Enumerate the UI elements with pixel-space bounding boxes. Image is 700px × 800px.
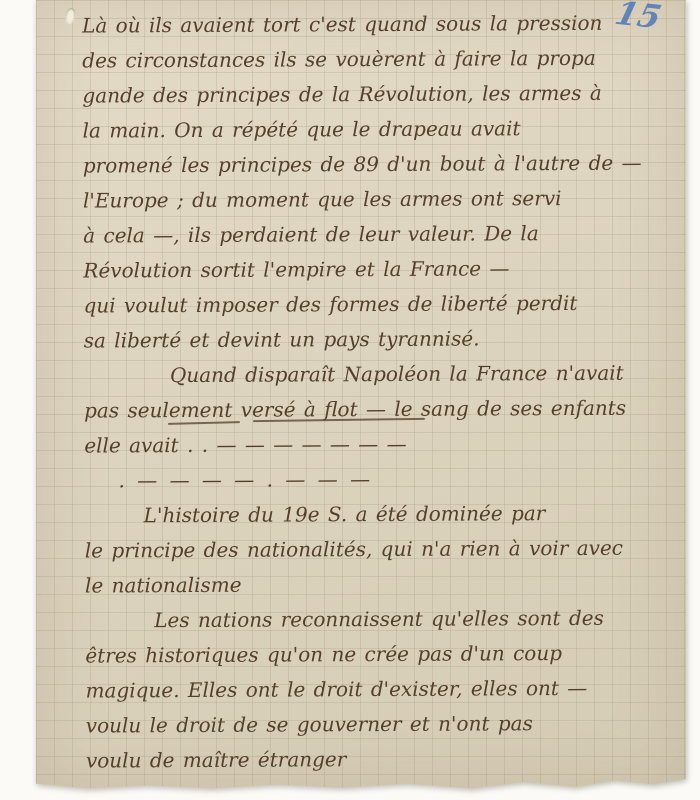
handwritten-text: Là où ils avaient tort c'est quand sous … [82,5,678,778]
manuscript-page: 15 Là où ils avaient tort c'est quand so… [36,0,686,790]
manuscript-line: le nationalisme [85,565,677,603]
manuscript-line: Quand disparaît Napoléon la France n'ava… [170,355,676,393]
binding-hole-mark [65,7,76,23]
manuscript-line: L'histoire du 19e S. a été dominée par [144,495,677,533]
manuscript-line: magique. Elles ont le droit d'exister, e… [85,670,677,708]
manuscript-line: Là où ils avaient tort c'est quand sous … [82,5,674,43]
scan-background: 15 Là où ils avaient tort c'est quand so… [0,0,700,800]
manuscript-line: gande des principes de la Révolution, le… [82,75,674,113]
manuscript-line: la main. On a répété que le drapeau avai… [83,110,675,148]
manuscript-line: l'Europe ; du moment que les armes ont s… [83,180,675,218]
manuscript-line: sa liberté et devint un pays tyrannisé. [84,320,676,358]
paper-shadow-wrap: 15 Là où ils avaient tort c'est quand so… [36,0,686,790]
manuscript-line: voulu de maître étranger [86,740,678,778]
manuscript-line: le principe des nationalités, qui n'a ri… [85,530,677,568]
manuscript-line: Révolution sortit l'empire et la France … [83,250,675,288]
manuscript-line: promené les principes de 89 d'un bout à … [83,145,675,183]
manuscript-line: êtres historiques qu'on ne crée pas d'un… [85,635,677,673]
manuscript-line: qui voulut imposer des formes de liberté… [83,285,675,323]
manuscript-line: elle avait . . — — — — — — — [84,425,676,463]
manuscript-line: Les nations reconnaissent qu'elles sont … [154,600,677,638]
manuscript-line: à cela —, ils perdaient de leur valeur. … [83,215,675,253]
manuscript-line: voulu le droit de se gouverner et n'ont … [86,705,678,743]
manuscript-dash-line: . — — — — . — — — [118,460,676,498]
manuscript-line: des circonstances ils se vouèrent à fair… [82,40,674,78]
